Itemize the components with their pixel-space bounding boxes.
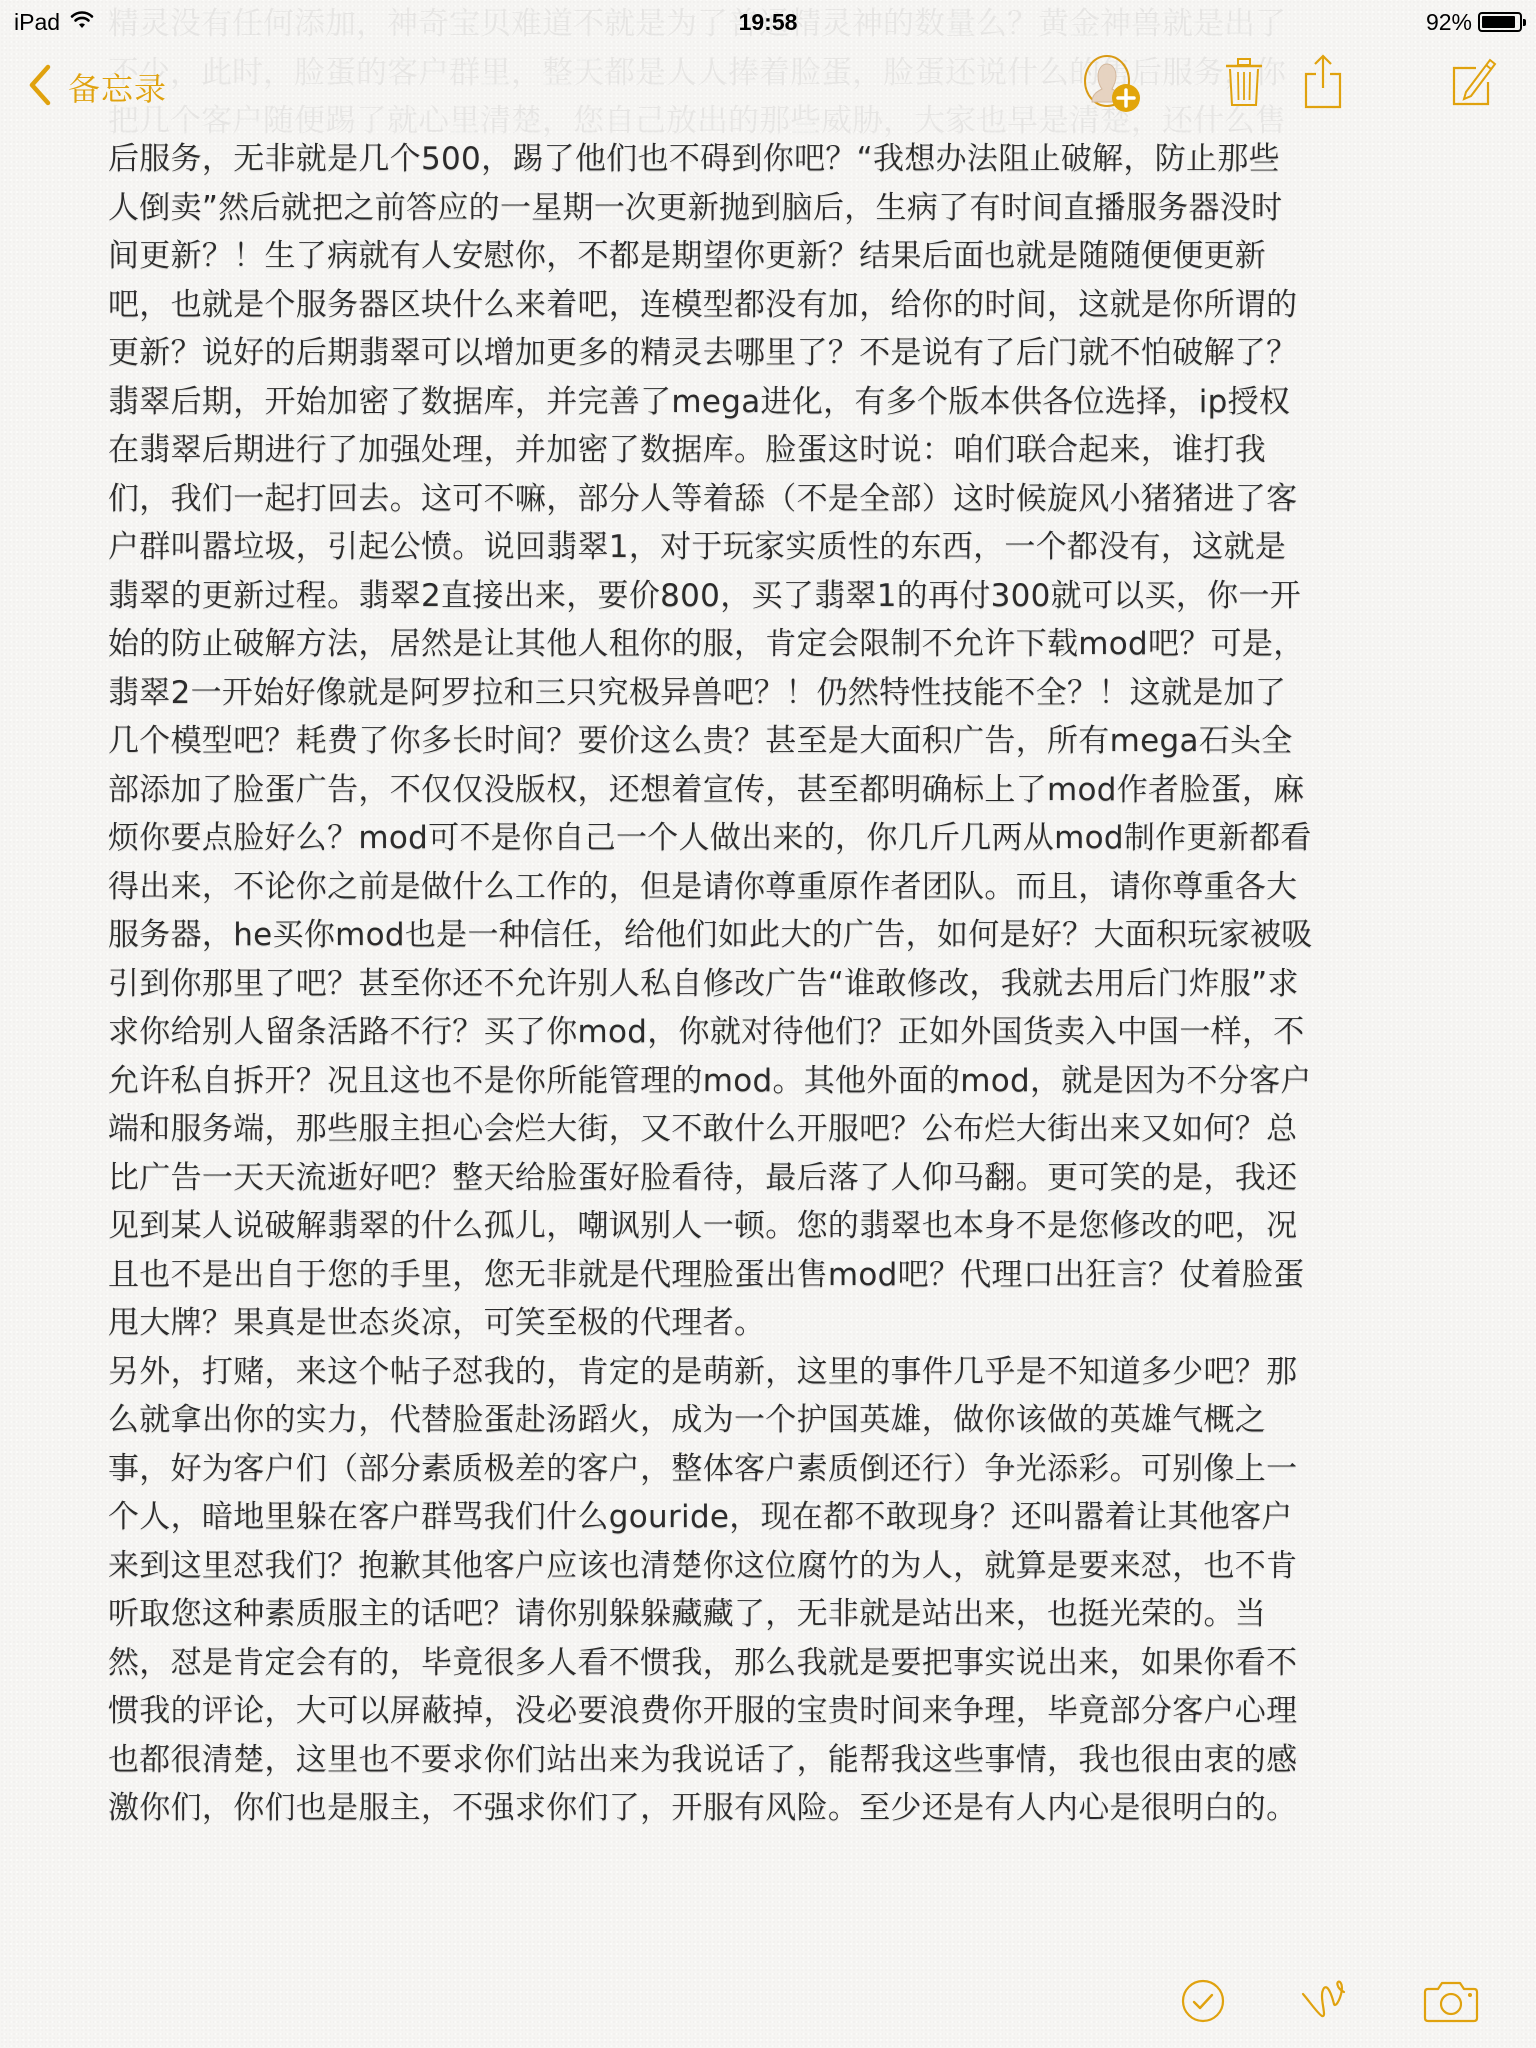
status-left: iPad xyxy=(14,9,94,36)
note-line: 在翡翠后期进行了加强处理，并加密了数据库。脸蛋这时说：咱们联合起来，谁打我 xyxy=(108,426,1448,475)
note-line: 么就拿出你的实力，代替脸蛋赴汤蹈火，成为一个护国英雄，做你该做的英雄气概之 xyxy=(108,1396,1448,1445)
status-right: 92% xyxy=(1426,9,1522,36)
wifi-icon xyxy=(70,9,94,36)
note-line: 也都很清楚，这里也不要求你们站出来为我说话了，能帮我这些事情，我也很由衷的感 xyxy=(108,1736,1448,1785)
note-line: 部添加了脸蛋广告，不仅仅没版权，还想着宣传，甚至都明确标上了mod作者脸蛋，麻 xyxy=(108,766,1448,815)
note-line: 引到你那里了吧？甚至你还不允许别人私自修改广告“谁敢修改，我就去用后门炸服”求 xyxy=(108,960,1448,1009)
person-add-icon xyxy=(1082,101,1142,120)
note-line: 求你给别人留条活路不行？买了你mod，你就对待他们？正如外国货卖入中国一样，不 xyxy=(108,1008,1448,1057)
sketch-button[interactable] xyxy=(1300,1974,1350,2028)
note-line: 甩大牌？果真是世态炎凉，可笑至极的代理者。 xyxy=(108,1299,1448,1348)
note-line: 得出来，不论你之前是做什么工作的，但是请你尊重原作者团队。而且，请你尊重各大 xyxy=(108,863,1448,912)
note-body[interactable]: 后服务，无非就是几个500，踢了他们也不碍到你吧？“我想办法阻止破解，防止那些 … xyxy=(108,135,1448,1833)
note-line: 端和服务端，那些服主担心会烂大街，又不敢什么开服吧？公布烂大街出来又如何？总 xyxy=(108,1105,1448,1154)
battery-icon xyxy=(1478,12,1522,32)
note-line: 户群叫嚣垃圾，引起公愤。说回翡翠1，对于玩家实质性的东西，一个都没有，这就是 xyxy=(108,523,1448,572)
battery-level xyxy=(1482,16,1515,28)
share-icon xyxy=(1302,95,1344,114)
note-line: 比广告一天天流逝好吧？整天给脸蛋好脸看待，最后落了人仰马翻。更可笑的是，我还 xyxy=(108,1154,1448,1203)
back-label: 备忘录 xyxy=(68,64,167,110)
note-line: 听取您这种素质服主的话吧？请你别躲躲藏藏了，无非就是站出来，也挺光荣的。当 xyxy=(108,1590,1448,1639)
note-line: 烦你要点脸好么？mod可不是你自己一个人做出来的，你几斤几两从mod制作更新都看 xyxy=(108,814,1448,863)
checklist-button[interactable] xyxy=(1180,1978,1226,2028)
note-line: 吧，也就是个服务器区块什么来着吧，连模型都没有加，给你的时间，这就是你所谓的 xyxy=(108,281,1448,330)
note-line: 然，怼是肯定会有的，毕竟很多人看不惯我，那么我就是要把事实说出来，如果你看不 xyxy=(108,1639,1448,1688)
note-line: 另外，打赌，来这个帖子怼我的，肯定的是萌新，这里的事件几乎是不知道多少吧？那 xyxy=(108,1348,1448,1397)
add-collaborator-button[interactable] xyxy=(1082,54,1142,120)
note-line: 人倒卖”然后就把之前答应的一星期一次更新抛到脑后，生病了有时间直播服务器没时 xyxy=(108,184,1448,233)
note-line: 服务器，he买你mod也是一种信任，给他们如此大的广告，如何是好？大面积玩家被吸 xyxy=(108,911,1448,960)
note-line: 且也不是出自于您的手里，您无非就是代理脸蛋出售mod吧？代理口出狂言？仗着脸蛋 xyxy=(108,1251,1448,1300)
back-button[interactable]: 备忘录 xyxy=(28,64,167,110)
device-name: iPad xyxy=(14,9,60,36)
camera-button[interactable] xyxy=(1422,1980,1480,2028)
bottom-toolbar xyxy=(0,1960,1536,2048)
note-line: 间更新？！生了病就有人安慰你，不都是期望你更新？结果后面也就是随随便便更新 xyxy=(108,232,1448,281)
nav-bar: 备忘录 xyxy=(0,44,1536,128)
camera-icon xyxy=(1422,2009,1480,2028)
note-line: 惯我的评论，大可以屏蔽掉，没必要浪费你开服的宝贵时间来争理，毕竟部分客户心理 xyxy=(108,1687,1448,1736)
delete-button[interactable] xyxy=(1224,56,1264,112)
note-line: 后服务，无非就是几个500，踢了他们也不碍到你吧？“我想办法阻止破解，防止那些 xyxy=(108,135,1448,184)
compose-button[interactable] xyxy=(1450,56,1498,110)
status-bar: iPad 19:58 92% xyxy=(0,0,1536,44)
note-line: 更新？说好的后期翡翠可以增加更多的精灵去哪里了？不是说有了后门就不怕破解了？ xyxy=(108,329,1448,378)
note-line: 们，我们一起打回去。这可不嘛，部分人等着舔（不是全部）这时候旋风小猪猪进了客 xyxy=(108,475,1448,524)
trash-icon xyxy=(1224,93,1264,112)
compose-icon xyxy=(1450,91,1498,110)
note-line: 翡翠2一开始好像就是阿罗拉和三只究极异兽吧？！仍然特性技能不全？！这就是加了 xyxy=(108,669,1448,718)
chevron-left-icon xyxy=(28,64,52,110)
note-line: 翡翠后期，开始加密了数据库，并完善了mega进化，有多个版本供各位选择，ip授权 xyxy=(108,378,1448,427)
sketch-squiggle-icon xyxy=(1300,2009,1350,2028)
note-line: 个人，暗地里躲在客户群骂我们什么gouride，现在都不敢现身？还叫嚣着让其他客… xyxy=(108,1493,1448,1542)
checkmark-circle-icon xyxy=(1180,2009,1226,2028)
share-button[interactable] xyxy=(1302,52,1344,114)
note-line: 事，好为客户们（部分素质极差的客户，整体客户素质倒还行）争光添彩。可别像上一 xyxy=(108,1445,1448,1494)
note-line: 激你们，你们也是服主，不强求你们了，开服有风险。至少还是有人内心是很明白的。 xyxy=(108,1784,1448,1833)
note-line: 允许私自拆开？况且这也不是你所能管理的mod。其他外面的mod，就是因为不分客户 xyxy=(108,1057,1448,1106)
note-line: 来到这里怼我们？抱歉其他客户应该也清楚你这位腐竹的为人，就算是要来怼，也不肯 xyxy=(108,1542,1448,1591)
status-time: 19:58 xyxy=(739,9,798,36)
note-line: 翡翠的更新过程。翡翠2直接出来，要价800，买了翡翠1的再付300就可以买，你一… xyxy=(108,572,1448,621)
note-line: 几个模型吧？耗费了你多长时间？要价这么贵？甚至是大面积广告，所有mega石头全 xyxy=(108,717,1448,766)
battery-percent: 92% xyxy=(1426,9,1472,36)
note-line: 始的防止破解方法，居然是让其他人租你的服，肯定会限制不允许下载mod吧？可是， xyxy=(108,620,1448,669)
note-line: 见到某人说破解翡翠的什么孤儿，嘲讽别人一顿。您的翡翠也本身不是您修改的吧，况 xyxy=(108,1202,1448,1251)
